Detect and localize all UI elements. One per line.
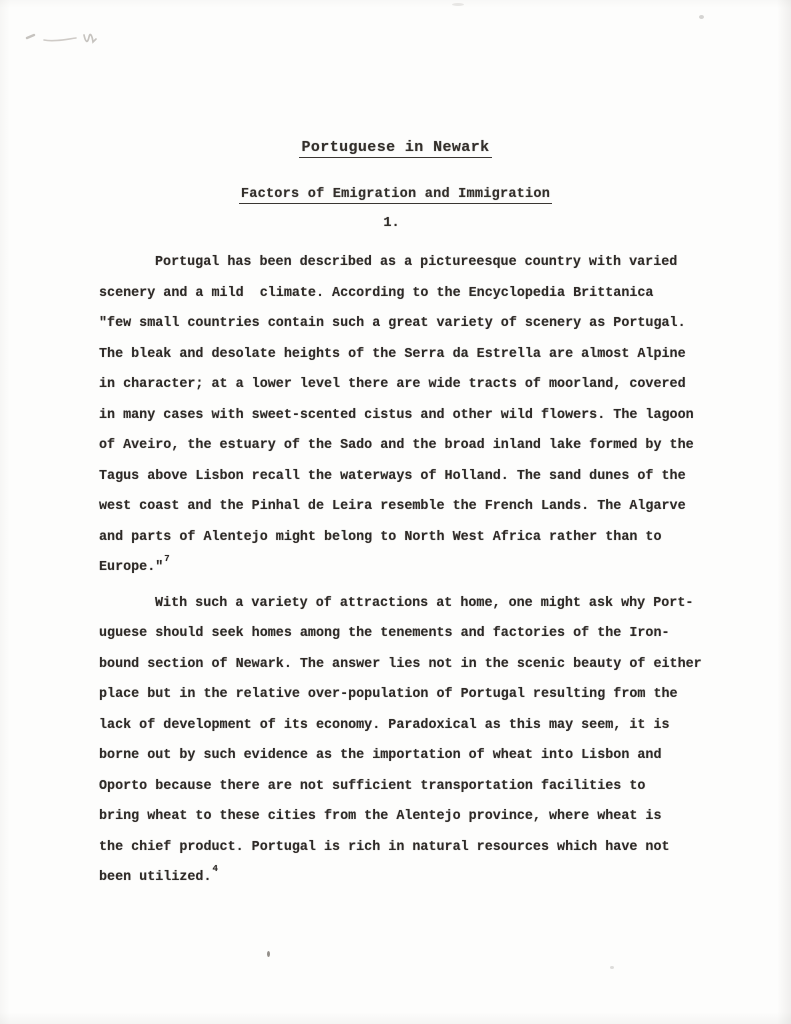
text-line: bound section of Newark. The answer lies… — [99, 650, 724, 681]
text-line-content: "few small countries contain such a grea… — [99, 316, 686, 331]
text-line-content: in character; at a lower level there are… — [99, 377, 686, 392]
document-subtitle: Factors of Emigration and Immigration — [0, 187, 791, 202]
scan-speck — [610, 966, 614, 969]
scan-speck — [452, 3, 464, 6]
text-line-content: With such a variety of attractions at ho… — [155, 596, 693, 611]
text-line-content: bring wheat to these cities from the Ale… — [99, 809, 662, 824]
text-line-content: bound section of Newark. The answer lies… — [99, 657, 702, 672]
text-line: of Aveiro, the estuary of the Sado and t… — [99, 431, 724, 462]
text-line: in character; at a lower level there are… — [99, 370, 724, 401]
scan-speck — [267, 951, 270, 957]
text-line: Oporto because there are not sufficient … — [99, 772, 724, 803]
text-line-content: been utilized. — [99, 870, 212, 885]
text-line: uguese should seek homes among the tenem… — [99, 619, 724, 650]
text-line: borne out by such evidence as the import… — [99, 741, 724, 772]
pencil-mark-icon — [22, 26, 106, 52]
text-line-content: uguese should seek homes among the tenem… — [99, 626, 670, 641]
text-line-content: place but in the relative over-populatio… — [99, 687, 678, 702]
text-line-content: scenery and a mild climate. According to… — [99, 286, 653, 301]
text-line: The bleak and desolate heights of the Se… — [99, 340, 724, 371]
text-line: With such a variety of attractions at ho… — [99, 589, 724, 620]
text-line-content: Oporto because there are not sufficient … — [99, 779, 645, 794]
document-subtitle-text: Factors of Emigration and Immigration — [239, 187, 552, 204]
text-line-content: Portugal has been described as a picture… — [155, 255, 677, 270]
document-title: Portuguese in Newark — [0, 139, 791, 156]
text-line: in many cases with sweet-scented cistus … — [99, 401, 724, 432]
text-line: place but in the relative over-populatio… — [99, 680, 724, 711]
text-line: Tagus above Lisbon recall the waterways … — [99, 462, 724, 493]
text-line: west coast and the Pinhal de Leira resem… — [99, 492, 724, 523]
footnote-marker: 7 — [164, 554, 169, 564]
text-line: scenery and a mild climate. According to… — [99, 279, 724, 310]
text-line: bring wheat to these cities from the Ale… — [99, 802, 724, 833]
document-title-text: Portuguese in Newark — [299, 139, 491, 158]
text-line: Portugal has been described as a picture… — [99, 248, 724, 279]
text-line: lack of development of its economy. Para… — [99, 711, 724, 742]
text-line-content: the chief product. Portugal is rich in n… — [99, 840, 670, 855]
text-line: and parts of Alentejo might belong to No… — [99, 523, 724, 554]
text-line-content: west coast and the Pinhal de Leira resem… — [99, 499, 686, 514]
footnote-marker: 4 — [213, 864, 218, 874]
text-line-content: lack of development of its economy. Para… — [99, 718, 670, 733]
scanned-page: Portuguese in Newark Factors of Emigrati… — [0, 0, 791, 1024]
text-line-content: in many cases with sweet-scented cistus … — [99, 408, 694, 423]
text-line: the chief product. Portugal is rich in n… — [99, 833, 724, 864]
text-line: been utilized.4 — [99, 863, 724, 894]
text-line-content: of Aveiro, the estuary of the Sado and t… — [99, 438, 694, 453]
text-line-content: borne out by such evidence as the import… — [99, 748, 662, 763]
text-line-content: The bleak and desolate heights of the Se… — [99, 347, 686, 362]
document-body: Portugal has been described as a picture… — [99, 248, 724, 894]
text-line: "few small countries contain such a grea… — [99, 309, 724, 340]
text-line-content: Tagus above Lisbon recall the waterways … — [99, 469, 686, 484]
scan-speck — [699, 15, 704, 19]
section-number: 1. — [0, 216, 783, 231]
text-line: Europe."7 — [99, 553, 724, 584]
text-line-content: Europe." — [99, 560, 163, 575]
text-line-content: and parts of Alentejo might belong to No… — [99, 530, 662, 545]
